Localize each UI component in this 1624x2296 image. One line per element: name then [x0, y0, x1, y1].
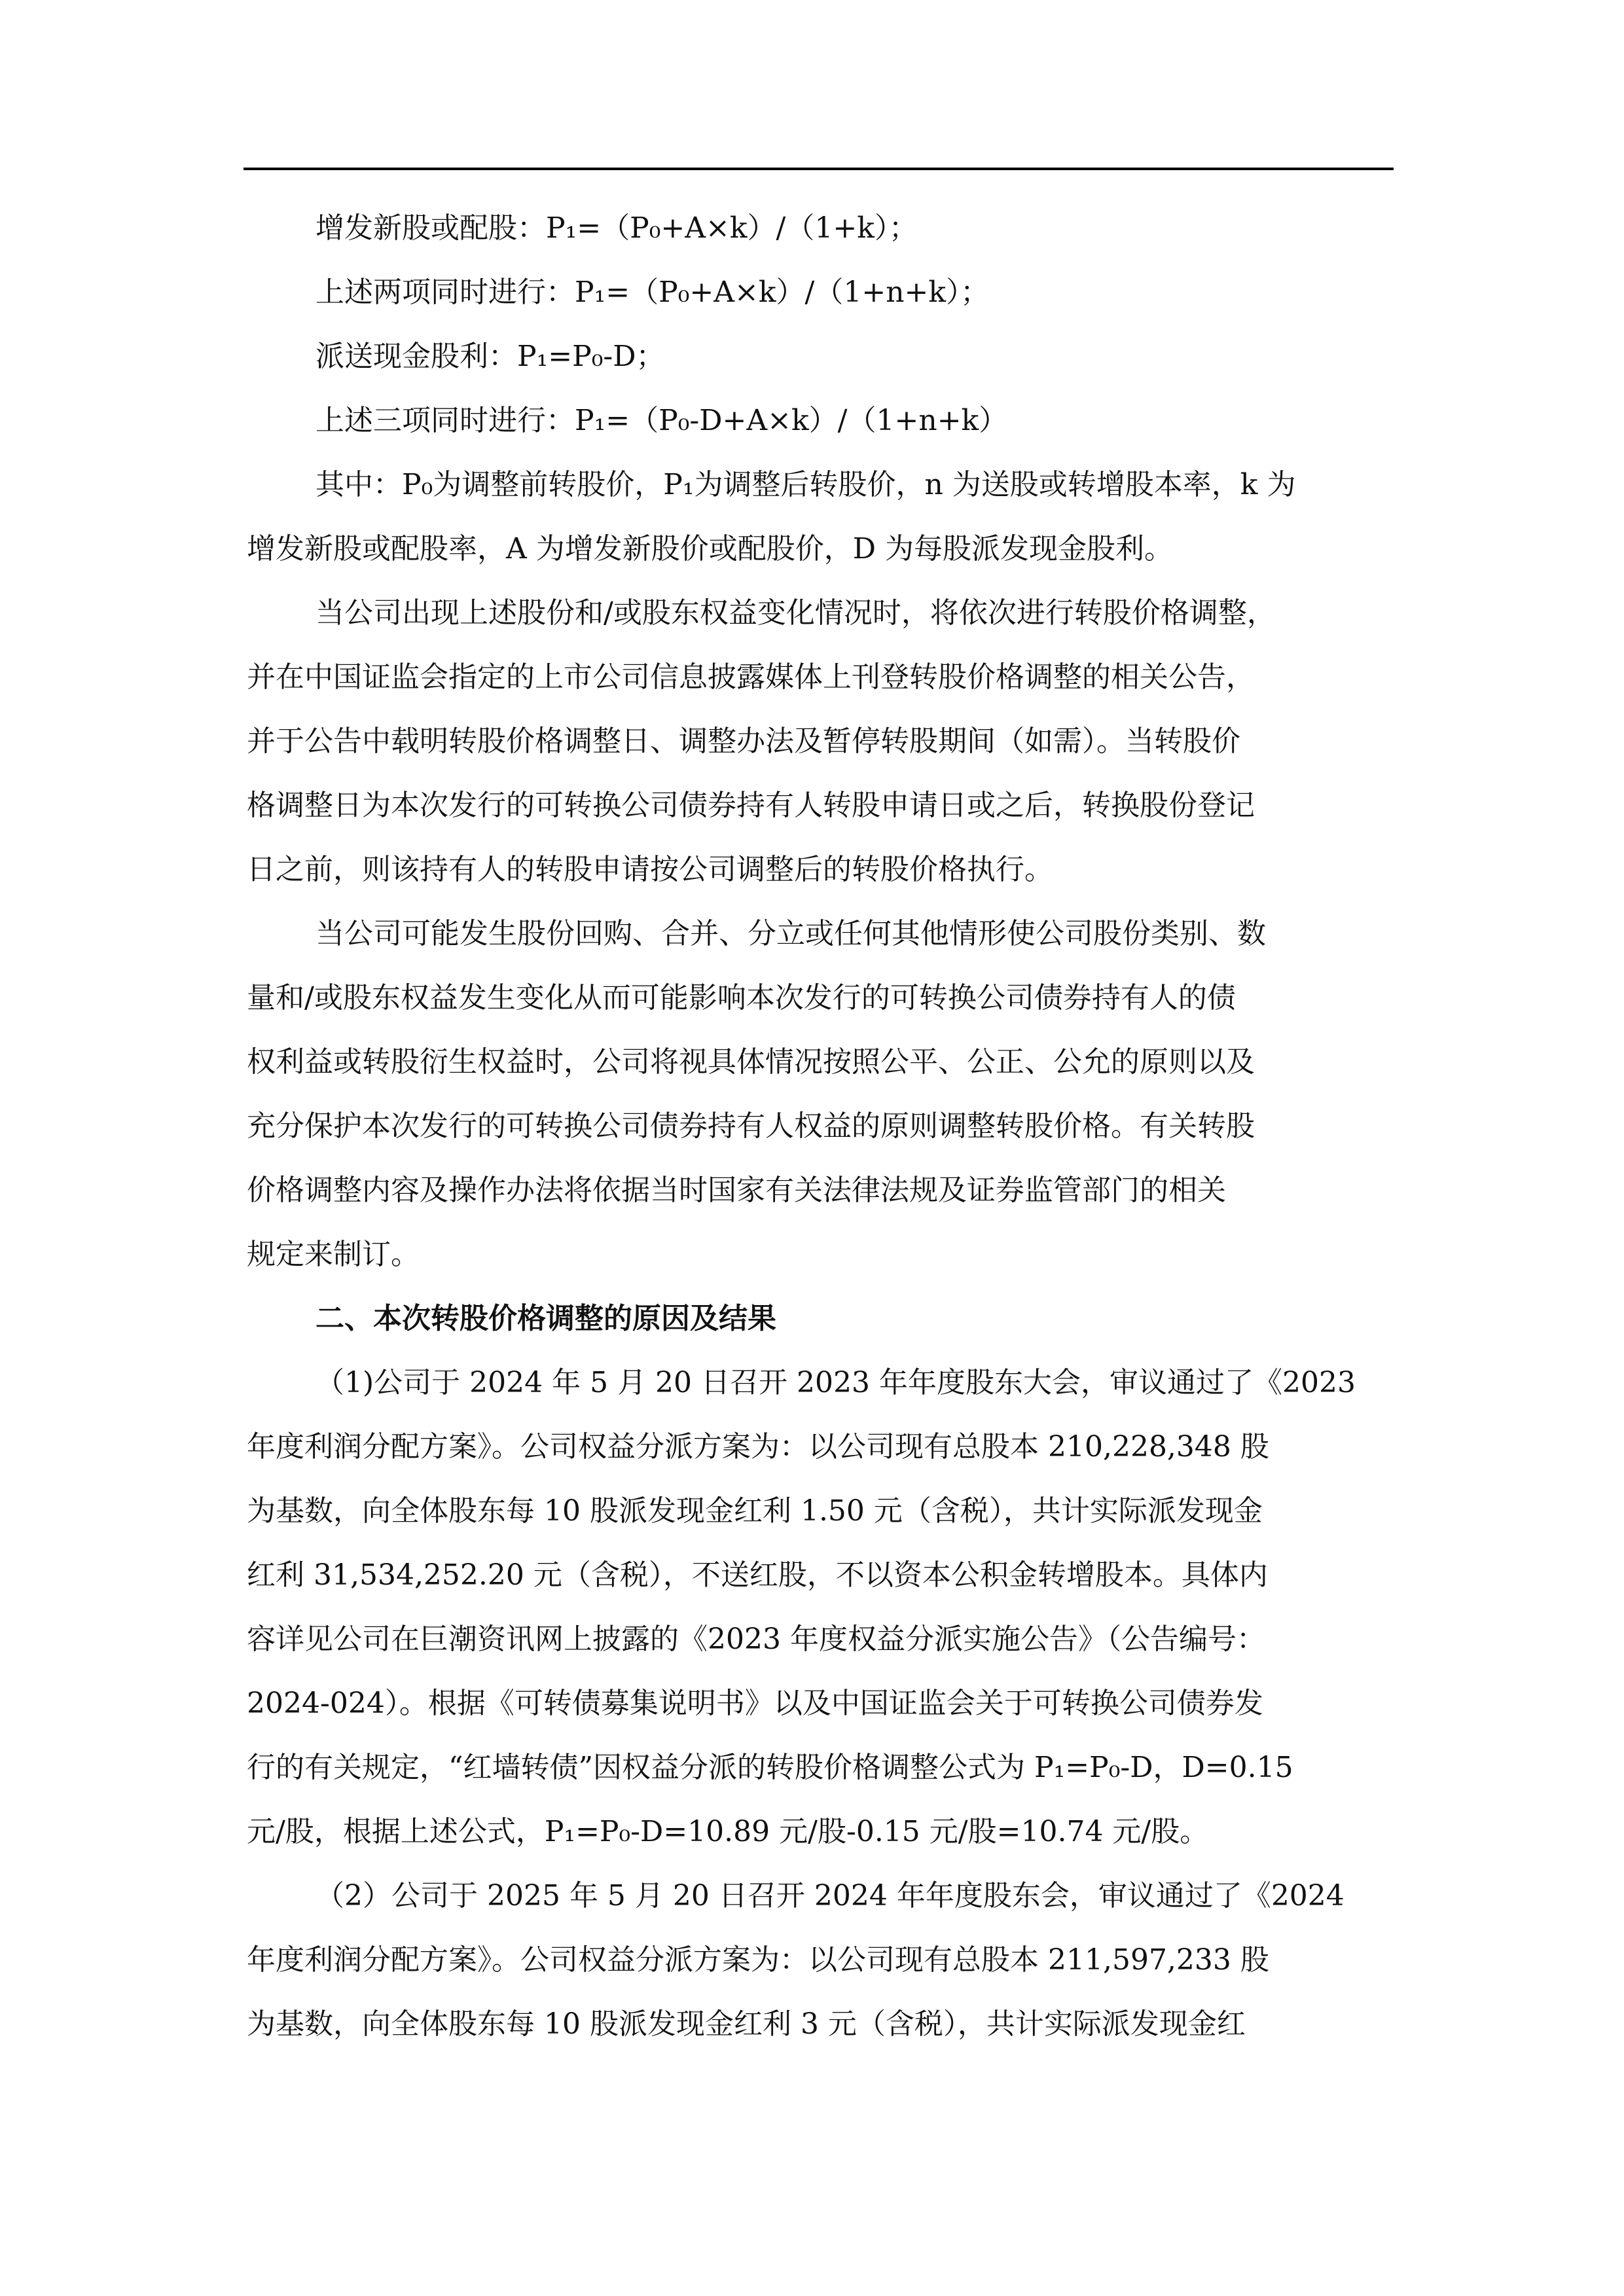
formula-expression: P₁=（P₀+A×k）/（1+k）；: [546, 211, 918, 245]
section-heading: 二、本次转股价格调整的原因及结果: [247, 1287, 1392, 1351]
formula-expression: P₁=（P₀+A×k）/（1+n+k）；: [575, 276, 989, 309]
adjustment-paragraph-line: 格调整日为本次发行的可转换公司债券持有人转股申请日或之后，转换股份登记: [247, 774, 1392, 838]
other-events-paragraph-line: 充分保护本次发行的可转换公司债券持有人权益的原则调整转股价格。有关转股: [247, 1094, 1392, 1158]
formula-label: 上述三项同时进行：: [316, 404, 575, 437]
item1-line: 行的有关规定，“红墙转债”因权益分派的转股价格调整公式为 P₁=P₀-D，D=0…: [247, 1736, 1392, 1800]
item1-line: 容详见公司在巨潮资讯网上披露的《2023 年度权益分派实施公告》（公告编号：: [247, 1607, 1392, 1672]
adjustment-paragraph-line: 并在中国证监会指定的上市公司信息披露媒体上刊登转股价格调整的相关公告，: [247, 645, 1392, 709]
formula-label: 上述两项同时进行：: [316, 276, 575, 309]
document-body: 增发新股或配股：P₁=（P₀+A×k）/（1+k）； 上述两项同时进行：P₁=（…: [247, 196, 1392, 2056]
formula-label: 派送现金股利：: [316, 340, 517, 373]
other-events-paragraph-line: 价格调整内容及操作办法将依据当时国家有关法律法规及证券监管部门的相关: [247, 1158, 1392, 1223]
header-rule: [244, 168, 1394, 170]
item2-line: 为基数，向全体股东每 10 股派发现金红利 3 元（含税），共计实际派发现金红: [247, 1992, 1392, 2056]
adjustment-paragraph-line: 并于公告中载明转股价格调整日、调整办法及暂停转股期间（如需）。当转股价: [247, 709, 1392, 774]
other-events-paragraph-line: 权利益或转股衍生权益时，公司将视具体情况按照公平、公正、公允的原则以及: [247, 1030, 1392, 1094]
item1-line: 元/股，根据上述公式，P₁=P₀-D=10.89 元/股-0.15 元/股=10…: [247, 1800, 1392, 1864]
adjustment-paragraph-line: 当公司出现上述股份和/或股东权益变化情况时，将依次进行转股价格调整，: [247, 581, 1392, 645]
item2-line: （2）公司于 2025 年 5 月 20 日召开 2024 年年度股东会，审议通…: [247, 1864, 1392, 1928]
item2-line: 年度利润分配方案》。公司权益分派方案为：以公司现有总股本 211,597,233…: [247, 1928, 1392, 1992]
formula-label: 增发新股或配股：: [316, 211, 546, 245]
item1-line: （1)公司于 2024 年 5 月 20 日召开 2023 年年度股东大会，审议…: [247, 1351, 1392, 1415]
other-events-paragraph-line: 量和/或股东权益发生变化从而可能影响本次发行的可转换公司债券持有人的债: [247, 966, 1392, 1030]
formula-expression: P₁=（P₀-D+A×k）/（1+n+k）: [575, 404, 1007, 437]
definitions-line-2: 增发新股或配股率，A 为增发新股价或配股价，D 为每股派发现金股利。: [247, 517, 1392, 581]
item1-line: 为基数，向全体股东每 10 股派发现金红利 1.50 元（含税），共计实际派发现…: [247, 1479, 1392, 1543]
formula-rights-issue: 增发新股或配股：P₁=（P₀+A×k）/（1+k）；: [247, 196, 1392, 260]
item1-line: 红利 31,534,252.20 元（含税），不送红股，不以资本公积金转增股本。…: [247, 1543, 1392, 1607]
formula-cash-dividend: 派送现金股利：P₁=P₀-D；: [247, 325, 1392, 389]
formula-expression: P₁=P₀-D；: [517, 340, 665, 373]
other-events-paragraph-line: 当公司可能发生股份回购、合并、分立或任何其他情形使公司股份类别、数: [247, 902, 1392, 966]
item1-line: 2024-024）。根据《可转债募集说明书》以及中国证监会关于可转换公司债券发: [247, 1672, 1392, 1736]
formula-combined-two: 上述两项同时进行：P₁=（P₀+A×k）/（1+n+k）；: [247, 260, 1392, 325]
item1-line: 年度利润分配方案》。公司权益分派方案为：以公司现有总股本 210,228,348…: [247, 1415, 1392, 1479]
formula-combined-three: 上述三项同时进行：P₁=（P₀-D+A×k）/（1+n+k）: [247, 389, 1392, 453]
definitions-line-1: 其中：P₀为调整前转股价，P₁为调整后转股价，n 为送股或转增股本率，k 为: [247, 453, 1392, 517]
adjustment-paragraph-line: 日之前，则该持有人的转股申请按公司调整后的转股价格执行。: [247, 838, 1392, 902]
other-events-paragraph-line: 规定来制订。: [247, 1223, 1392, 1287]
